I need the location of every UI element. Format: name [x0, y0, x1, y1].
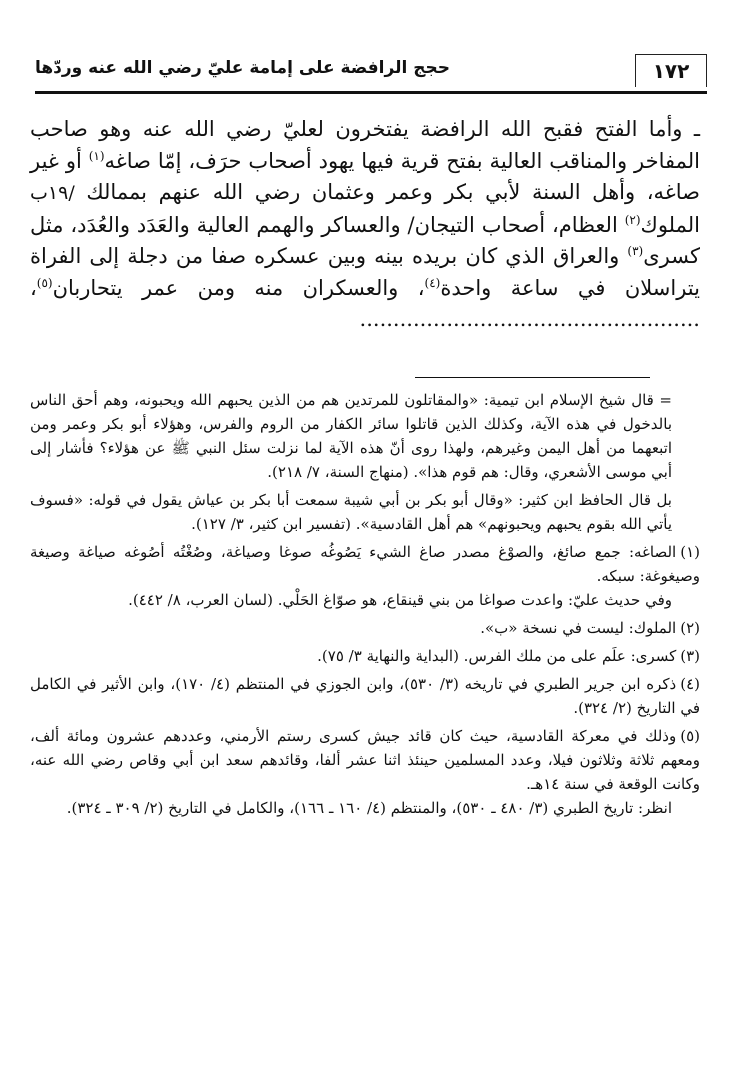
- footnote-text: الصاغه: جمع صائغ، والصوْغ مصدر صاغ الشيء…: [30, 543, 700, 585]
- footnote-text: كسرى: علَم على من ملك الفرس. (البداية وا…: [317, 647, 676, 665]
- text-segment: الملوك: [641, 213, 700, 237]
- footnote-continuation: = قال شيخ الإسلام ابن تيمية: «والمقاتلون…: [30, 388, 700, 484]
- footnote-number: (٥): [680, 727, 700, 745]
- running-header: ١٧٢ حجج الرافضة على إمامة عليّ رضي الله …: [35, 50, 707, 98]
- book-page: ١٧٢ حجج الرافضة على إمامة عليّ رضي الله …: [0, 0, 740, 1085]
- footnote-ref-2[interactable]: (٢): [625, 213, 641, 227]
- footnote-continuation: بل قال الحافظ ابن كثير: «وقال أبو بكر بن…: [30, 488, 700, 536]
- footnote-text: وذلك في معركة القادسية، حيث كان قائد جيش…: [30, 727, 700, 793]
- footnote-number: (٣): [680, 647, 700, 665]
- footnote-separator: [415, 377, 650, 378]
- footnote-number: (٢): [680, 619, 700, 637]
- main-text: ـ وأما الفتح فقبح الله الرافضة يفتخرون ل…: [30, 114, 700, 336]
- page-number: ١٧٢: [635, 54, 707, 87]
- footnote-ref-3[interactable]: (٣): [627, 244, 643, 258]
- dot-leader: ........................................…: [360, 307, 700, 331]
- footnote-1: (١)الصاغه: جمع صائغ، والصوْغ مصدر صاغ ال…: [30, 540, 700, 612]
- footnote-ref-1[interactable]: (١): [89, 149, 105, 163]
- footnotes: = قال شيخ الإسلام ابن تيمية: «والمقاتلون…: [30, 388, 700, 824]
- text-segment: ـ وأما الفتح فقبح الله الرافضة يفتخرون ل…: [30, 117, 700, 173]
- footnote-ref-4[interactable]: (٤): [425, 276, 441, 290]
- main-paragraph: ـ وأما الفتح فقبح الله الرافضة يفتخرون ل…: [30, 114, 700, 336]
- footnote-2: (٢)الملوك: ليست في نسخة «ب».: [30, 616, 700, 640]
- footnote-extra: انظر: تاريخ الطبري (٣/ ٤٨٠ ـ ٥٣٠)، والمن…: [30, 796, 700, 820]
- text-segment: ، والعسكران منه ومن عمر يتحاربان: [53, 276, 425, 300]
- footnote-text: الملوك: ليست في نسخة «ب».: [480, 619, 676, 637]
- header-rule: [35, 91, 707, 94]
- footnote-extra: وفي حديث عليّ: واعدت صواغا من بني قينقاع…: [30, 588, 700, 612]
- running-title: حجج الرافضة على إمامة عليّ رضي الله عنه …: [35, 58, 450, 78]
- footnote-5: (٥)وذلك في معركة القادسية، حيث كان قائد …: [30, 724, 700, 820]
- footnote-3: (٣)كسرى: علَم على من ملك الفرس. (البداية…: [30, 644, 700, 668]
- footnote-ref-5[interactable]: (٥): [37, 276, 53, 290]
- footnote-number: (١): [680, 543, 700, 561]
- footnote-4: (٤)ذكره ابن جرير الطبري في تاريخه (٣/ ٥٣…: [30, 672, 700, 720]
- text-segment: ،: [30, 276, 37, 300]
- folio-marker: /١٩ب: [30, 182, 75, 204]
- footnote-number: (٤): [680, 675, 700, 693]
- footnote-text: ذكره ابن جرير الطبري في تاريخه (٣/ ٥٣٠)،…: [30, 675, 700, 717]
